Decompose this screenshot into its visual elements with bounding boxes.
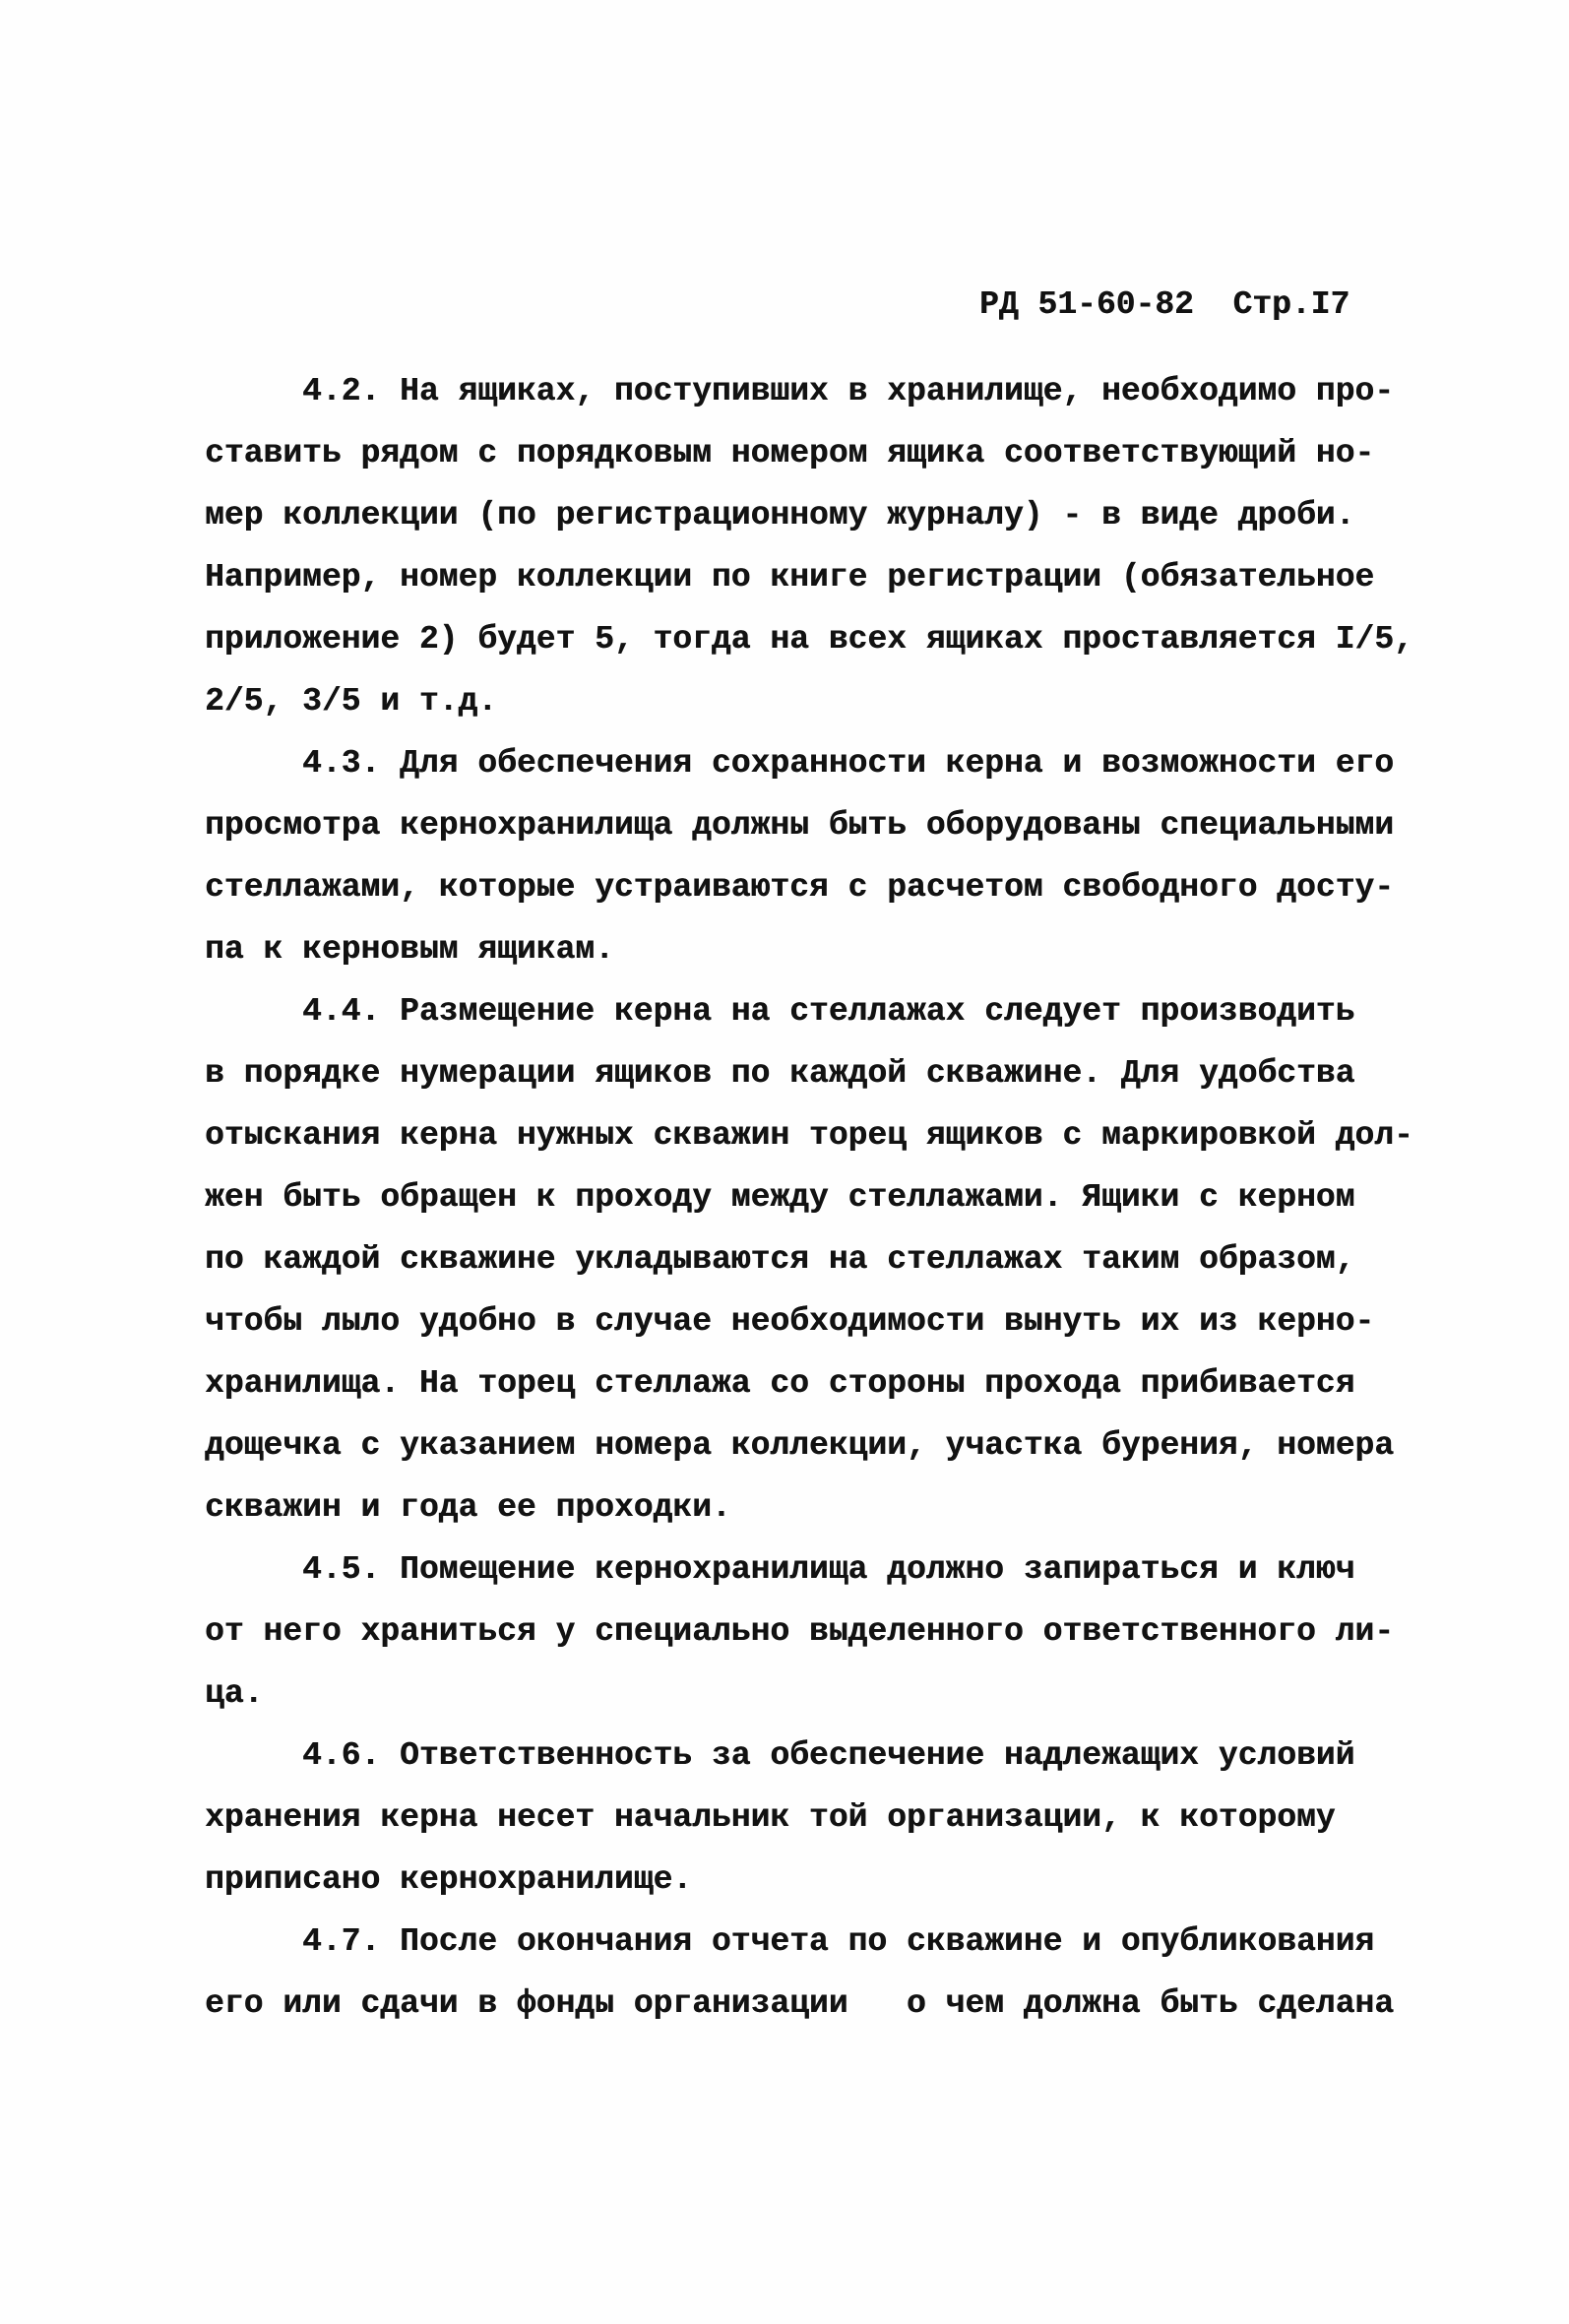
paragraph-4-7: 4.7. После окончания отчета по скважине … [205, 1911, 1413, 2035]
document-body: 4.2. На ящиках, поступивших в хранилище,… [205, 360, 1413, 2035]
paragraph-4-3: 4.3. Для обеспечения сохранности керна и… [205, 732, 1413, 980]
paragraph-4-2: 4.2. На ящиках, поступивших в хранилище,… [205, 360, 1413, 732]
page-header: РД 51-60-82 Стр.I7 [979, 274, 1349, 336]
paragraph-4-4: 4.4. Размещение керна на стеллажах следу… [205, 980, 1413, 1539]
paragraph-4-6: 4.6. Ответственность за обеспечение надл… [205, 1725, 1413, 1911]
paragraph-4-5: 4.5. Помещение кернохранилища должно зап… [205, 1539, 1413, 1725]
scanned-document-page: РД 51-60-82 Стр.I7 4.2. На ящиках, посту… [0, 0, 1569, 2324]
